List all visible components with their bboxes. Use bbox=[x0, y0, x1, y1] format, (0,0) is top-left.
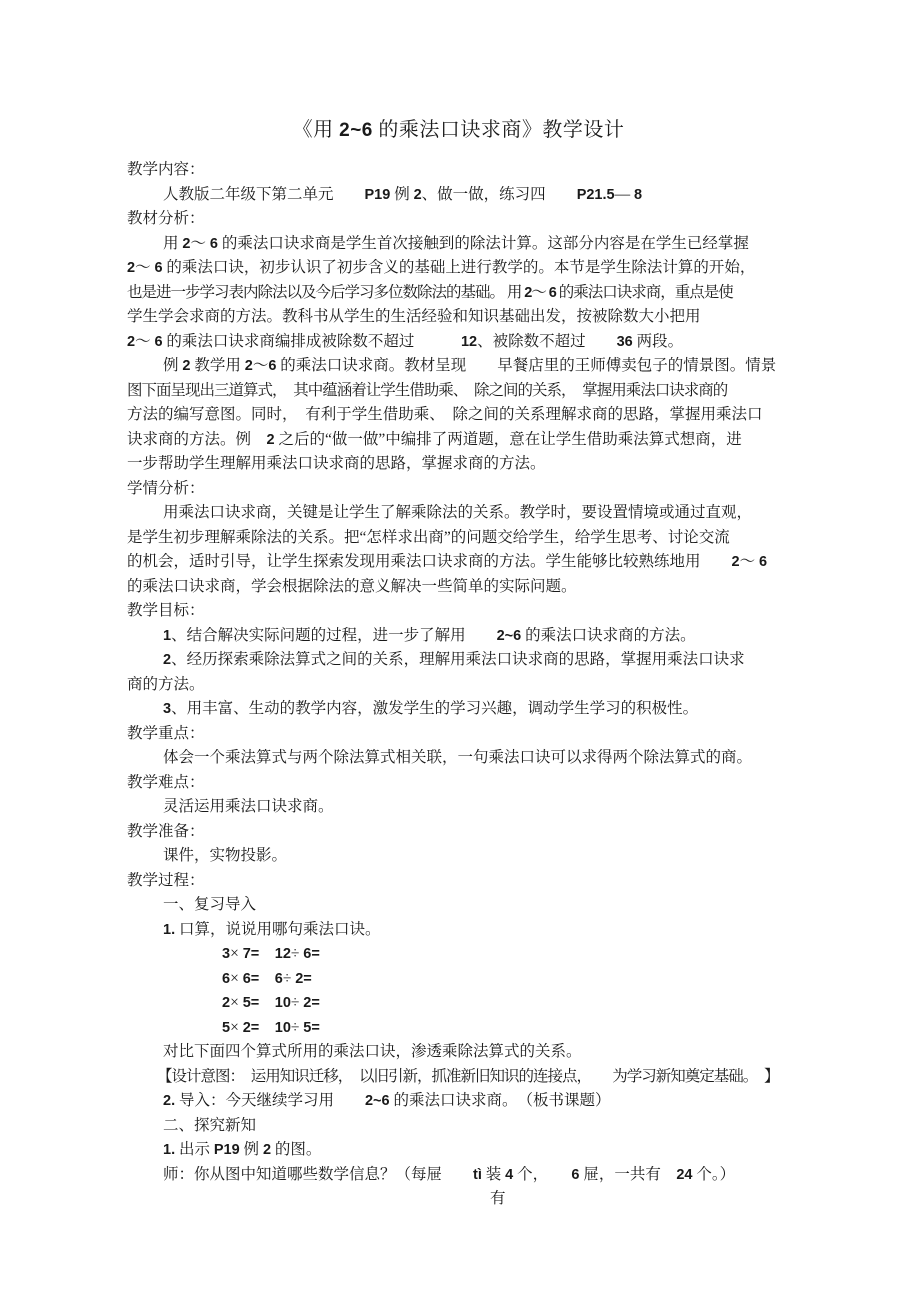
document-page: 《用 2~6 的乘法口诀求商》教学设计 教学内容：人教版二年级下第二单元 P19… bbox=[0, 0, 920, 1303]
latin-text: 5= bbox=[303, 1020, 320, 1036]
latin-text: 1. bbox=[163, 922, 175, 938]
text-line: 体会一个乘法算式与两个除法算式相关联，一句乘法口诀可以求得两个除法算式的商。 bbox=[127, 746, 790, 771]
text-line: 人教版二年级下第二单元 P19 例 2、做一做，练习四 P21.5— 8 bbox=[127, 183, 790, 208]
latin-text: 5 bbox=[222, 1020, 230, 1036]
text-line: 3、用丰富、生动的教学内容，激发学生的学习兴趣，调动学生学习的积极性。 bbox=[127, 697, 790, 722]
latin-text: 2 bbox=[127, 260, 135, 276]
latin-text: 2 bbox=[245, 358, 253, 374]
latin-text: 6= bbox=[303, 946, 320, 962]
latin-text: 2. bbox=[163, 1093, 175, 1109]
text-line: 1、结合解决实际问题的过程，进一步了解用 2~6 的乘法口诀求商的方法。 bbox=[127, 624, 790, 649]
latin-text: 2~6 bbox=[339, 120, 373, 141]
latin-text: 7= bbox=[243, 946, 260, 962]
latin-text: 2 bbox=[127, 334, 135, 350]
latin-text: 8 bbox=[634, 187, 642, 203]
text-line: 的机会，适时引导，让学生探索发现用乘法口诀求商的方法。学生能够比较熟练地用 2～… bbox=[127, 550, 790, 575]
section-heading: 教学内容： bbox=[127, 158, 790, 183]
section-heading: 学情分析： bbox=[127, 477, 790, 502]
latin-text: 36 bbox=[617, 334, 633, 350]
text-line: 图下面呈现出三道算式， 其中蕴涵着让学生借助乘、 除之间的关系， 掌握用乘法口诀… bbox=[127, 379, 790, 404]
document-title: 《用 2~6 的乘法口诀求商》教学设计 bbox=[127, 116, 790, 145]
latin-text: 2 bbox=[182, 358, 190, 374]
latin-text: 6 bbox=[759, 554, 767, 570]
section-heading: 教材分析： bbox=[127, 207, 790, 232]
section-heading: 教学目标： bbox=[127, 599, 790, 624]
text-line: 也是进一步学习表内除法以及今后学习多位数除法的基础。 用 2～ 6 的乘法口诀求… bbox=[127, 281, 790, 306]
text-line: 2～ 6 的乘法口诀求商编排成被除数不超过 12、被除数不超过 36 两段。 bbox=[127, 330, 790, 355]
latin-text: 6 bbox=[549, 285, 556, 301]
latin-text: 1. bbox=[163, 1142, 175, 1158]
latin-text: 4 bbox=[505, 1167, 513, 1183]
latin-text: 2 bbox=[182, 236, 190, 252]
text-line: 对比下面四个算式所用的乘法口诀，渗透乘除法算式的关系。 bbox=[127, 1040, 790, 1065]
text-line: 【设计意图： 运用知识迁移， 以旧引新，抓准新旧知识的连接点， 为学习新知奠定基… bbox=[127, 1065, 790, 1090]
latin-text: 2~6 bbox=[365, 1093, 390, 1109]
latin-text: 5= bbox=[243, 995, 260, 1011]
latin-text: 2= bbox=[295, 971, 312, 987]
latin-text: 6 bbox=[222, 971, 230, 987]
text-line: 2. 导入：今天继续学习用 2~6 的乘法口诀求商。 （板书课题） bbox=[127, 1089, 790, 1114]
text-line: 一步帮助学生理解用乘法口诀求商的思路，掌握求商的方法。 bbox=[127, 452, 790, 477]
text-line: 用 2～ 6 的乘法口诀求商是学生首次接触到的除法计算。这部分内容是在学生已经掌… bbox=[127, 232, 790, 257]
text-line: 1. 出示 P19 例 2 的图。 bbox=[127, 1138, 790, 1163]
latin-text: 3 bbox=[163, 701, 171, 717]
text-line: 是学生初步理解乘除法的关系。把“怎样求出商”的问题交给学生，给学生思考、讨论交流 bbox=[127, 526, 790, 551]
latin-text: 2 bbox=[163, 652, 171, 668]
latin-text: 2 bbox=[414, 187, 422, 203]
text-line: 的乘法口诀求商，学会根据除法的意义解决一些简单的实际问题。 bbox=[127, 575, 790, 600]
latin-text: 1 bbox=[163, 628, 171, 644]
latin-text: 12 bbox=[461, 334, 477, 350]
latin-text: 12 bbox=[275, 946, 291, 962]
text-line: 商的方法。 bbox=[127, 673, 790, 698]
equation-line: 6× 6= 6÷ 2= bbox=[127, 967, 790, 992]
text-line: 学生学会求商的方法。教科书从学生的生活经验和知识基础出发，按被除数大小把用 bbox=[127, 305, 790, 330]
latin-text: P19 bbox=[365, 187, 391, 203]
latin-text: tì bbox=[473, 1167, 482, 1183]
latin-text: 2 bbox=[222, 995, 230, 1011]
text-line: 用乘法口诀求商，关键是让学生了解乘除法的关系。教学时，要设置情境或通过直观， bbox=[127, 501, 790, 526]
text-line: 2～ 6 的乘法口诀，初步认识了初步含义的基础上进行教学的。本节是学生除法计算的… bbox=[127, 256, 790, 281]
latin-text: 2 bbox=[267, 432, 275, 448]
latin-text: 2 bbox=[524, 285, 531, 301]
latin-text: 6= bbox=[243, 971, 260, 987]
latin-text: 10 bbox=[275, 995, 291, 1011]
text-line: 1. 口算，说说用哪句乘法口诀。 bbox=[127, 918, 790, 943]
text-line: 诀求商的方法。例 2 之后的“做一做”中编排了两道题，意在让学生借助乘法算式想商… bbox=[127, 428, 790, 453]
latin-text: 6 bbox=[275, 971, 283, 987]
section-heading: 教学难点： bbox=[127, 771, 790, 796]
section-heading: 教学重点： bbox=[127, 722, 790, 747]
equation-line: 5× 2= 10÷ 5= bbox=[127, 1016, 790, 1041]
text-line: 一、复习导入 bbox=[127, 893, 790, 918]
equation-line: 3× 7= 12÷ 6= bbox=[127, 942, 790, 967]
latin-text: 2= bbox=[243, 1020, 260, 1036]
equation-line: 2× 5= 10÷ 2= bbox=[127, 991, 790, 1016]
text-line: 有 bbox=[127, 1187, 790, 1212]
text-line: 师：你从图中知道哪些数学信息？（每屉 tì 装 4 个， 6 屉，一共有 24 … bbox=[127, 1163, 790, 1188]
document-body: 教学内容：人教版二年级下第二单元 P19 例 2、做一做，练习四 P21.5— … bbox=[127, 158, 790, 1212]
latin-text: 6 bbox=[154, 334, 162, 350]
latin-text: P21.5 bbox=[577, 187, 615, 203]
latin-text: 6 bbox=[154, 260, 162, 276]
latin-text: P19 bbox=[214, 1142, 240, 1158]
latin-text: 3 bbox=[222, 946, 230, 962]
latin-text: 2~6 bbox=[497, 628, 522, 644]
latin-text: 10 bbox=[275, 1020, 291, 1036]
latin-text: 6 bbox=[268, 358, 276, 374]
text-line: 2、经历探索乘除法算式之间的关系，理解用乘法口诀求商的思路，掌握用乘法口诀求 bbox=[127, 648, 790, 673]
section-heading: 教学准备： bbox=[127, 820, 790, 845]
section-heading: 教学过程： bbox=[127, 869, 790, 894]
text-line: 例 2 教学用 2～6 的乘法口诀求商。教材呈现 早餐店里的王师傅卖包子的情景图… bbox=[127, 354, 790, 379]
latin-text: 2= bbox=[303, 995, 320, 1011]
text-line: 课件，实物投影。 bbox=[127, 844, 790, 869]
text-line: 方法的编写意图。同时， 有利于学生借助乘、 除之间的关系理解求商的思路，掌握用乘… bbox=[127, 403, 790, 428]
latin-text: 24 bbox=[676, 1167, 692, 1183]
latin-text: 2 bbox=[263, 1142, 271, 1158]
latin-text: 2 bbox=[732, 554, 740, 570]
latin-text: 6 bbox=[210, 236, 218, 252]
text-line: 灵活运用乘法口诀求商。 bbox=[127, 795, 790, 820]
latin-text: 6 bbox=[571, 1167, 579, 1183]
text-line: 二、探究新知 bbox=[127, 1114, 790, 1139]
